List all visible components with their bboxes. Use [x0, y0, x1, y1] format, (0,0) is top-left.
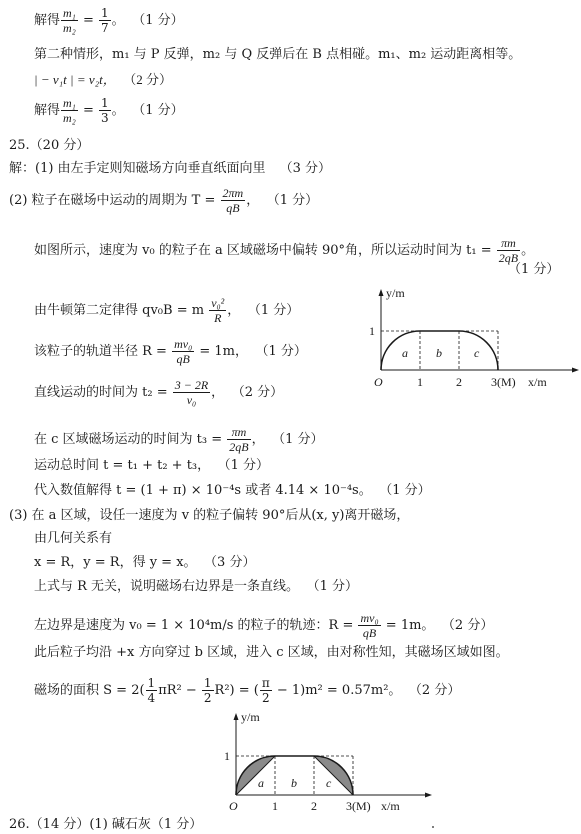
svg-text:b: b	[436, 346, 442, 360]
solution-part-3: (3) 在 a 区域，设任一速度为 v 的粒子偏转 90°后从(x, y)离开磁…	[9, 508, 409, 524]
score: （1 分）	[313, 579, 358, 594]
label: 解得	[34, 13, 60, 28]
newton-fraction: v₀²R	[209, 296, 226, 325]
score: （2 分）	[448, 618, 493, 633]
quarter-fraction: 14	[146, 676, 158, 705]
score: （1 分）	[508, 262, 559, 278]
score: （1 分）	[386, 483, 431, 498]
svg-text:3(M): 3(M)	[346, 799, 371, 813]
score: （1 分）	[139, 103, 184, 118]
score: （1 分）	[139, 13, 184, 28]
svg-text:a: a	[402, 346, 408, 360]
t3-fraction: πm2qB	[227, 425, 250, 454]
solution-line-1: 解得m₁m₂ = 17。（1 分）	[34, 6, 184, 35]
mass-ratio-fraction: m₁m₂	[61, 96, 78, 125]
solution-part-2-period: (2) 粒子在磁场中运动的周期为 T = 2πmqB，（1 分）	[9, 186, 318, 215]
solution-line-total-time: 运动总时间 t = t₁ + t₂ + t₃，（1 分）	[34, 458, 269, 474]
trajectory-figure-1: y/m 1 O 1 2 3(M) x/m a b c	[345, 285, 581, 395]
svg-text:2: 2	[456, 375, 462, 389]
svg-text:3(M): 3(M)	[491, 375, 516, 389]
svg-text:y/m: y/m	[241, 710, 260, 724]
svg-text:1: 1	[224, 749, 230, 763]
score: （2 分）	[238, 385, 283, 400]
mass-ratio-fraction: m₁m₂	[61, 6, 78, 35]
solution-line-right-boundary: 上式与 R 无关，说明磁场右边界是一条直线。（1 分）	[34, 579, 358, 595]
solution-line-t3: 在 c 区域磁场运动的时间为 t₃ = πm2qB，（1 分）	[34, 425, 324, 454]
y-axis-arrow-icon	[379, 289, 384, 296]
svg-text:c: c	[474, 346, 480, 360]
score: （3 分）	[211, 555, 256, 570]
half-fraction: 12	[202, 676, 214, 705]
score: （2 分）	[130, 72, 172, 87]
svg-text:1: 1	[369, 324, 375, 338]
solution-line-xy: x = R，y = R，得 y = x。（3 分）	[34, 555, 255, 571]
stray-dot	[432, 826, 434, 828]
y-axis-arrow-icon	[234, 713, 239, 720]
svg-text:b: b	[291, 776, 297, 790]
ratio-value: 17	[99, 6, 111, 35]
t1-fraction: πm2qB	[497, 236, 520, 265]
score: （1 分）	[273, 193, 318, 208]
svg-text:x/m: x/m	[528, 375, 547, 389]
svg-text:2: 2	[311, 799, 317, 813]
magnetic-region-figure-2: y/m 1 O 1 2 3(M) x/m a b c	[200, 705, 436, 815]
svg-text:1: 1	[272, 799, 278, 813]
score: （1 分）	[224, 458, 269, 473]
x-axis-arrow-icon	[425, 793, 432, 798]
solution-line-left-boundary: 左边界是速度为 v₀ = 1 × 10⁴m/s 的粒子的轨迹：R = mv₀qB…	[34, 611, 493, 640]
solution-line-symmetry: 此后粒子均沿 +x 方向穿过 b 区域，进入 c 区域，由对称性知，其磁场区域如…	[34, 645, 509, 661]
solution-line-geometry: 由几何关系有	[34, 531, 112, 547]
solution-line-radius: 该粒子的轨道半径 R = mv₀qB = 1m，（1 分）	[34, 337, 307, 366]
question-25-header: 25.（20 分）	[9, 138, 89, 154]
solution-line-numeric-result: 代入数值解得 t = (1 + π) × 10⁻⁴s 或者 4.14 × 10⁻…	[34, 483, 431, 499]
solution-part-1: 解：(1) 由左手定则知磁场方向垂直纸面向里（3 分）	[9, 161, 331, 177]
score: （2 分）	[415, 683, 460, 698]
svg-text:y/m: y/m	[386, 286, 405, 300]
score: （3 分）	[280, 161, 331, 176]
x-axis-arrow-icon	[572, 368, 579, 373]
radius-fraction: mv₀qB	[172, 337, 194, 366]
solution-line-newton: 由牛顿第二定律得 qv₀B = m v₀²R，（1 分）	[34, 296, 299, 325]
solution-line-time-t1: 如图所示，速度为 v₀ 的粒子在 a 区域磁场中偏转 90°角，所以运动时间为 …	[34, 236, 534, 265]
t2-fraction: 3 − 2Rv₀	[173, 378, 210, 407]
period-fraction: 2πmqB	[221, 186, 246, 215]
solution-line-4: 解得m₁m₂ = 13。（1 分）	[34, 96, 184, 125]
svg-text:O: O	[374, 375, 383, 389]
score: （1 分）	[254, 303, 299, 318]
score: （1 分）	[262, 344, 307, 359]
svg-text:x/m: x/m	[381, 799, 400, 813]
svg-text:O: O	[229, 799, 238, 813]
pi-half-fraction: π2	[260, 676, 272, 705]
score: （1 分）	[279, 432, 324, 447]
solution-line-t2: 直线运动的时间为 t₂ = 3 − 2Rv₀，（2 分）	[34, 378, 283, 407]
svg-text:1: 1	[417, 375, 423, 389]
svg-text:a: a	[258, 776, 264, 790]
solution-line-area: 磁场的面积 S = 2(14πR² − 12R²) = (π2 − 1)m² =…	[34, 676, 460, 705]
svg-text:c: c	[326, 776, 332, 790]
radius-fraction: mv₀qB	[358, 611, 380, 640]
solution-line-3: | − v₁t | = v₂t，（2 分）	[34, 72, 172, 88]
ratio-value: 13	[99, 96, 111, 125]
solution-line-2: 第二种情形，m₁ 与 P 反弹，m₂ 与 Q 反弹后在 B 点相碰。m₁、m₂ …	[34, 47, 521, 63]
question-26-header: 26.（14 分）(1) 碱石灰（1 分）	[9, 817, 202, 833]
